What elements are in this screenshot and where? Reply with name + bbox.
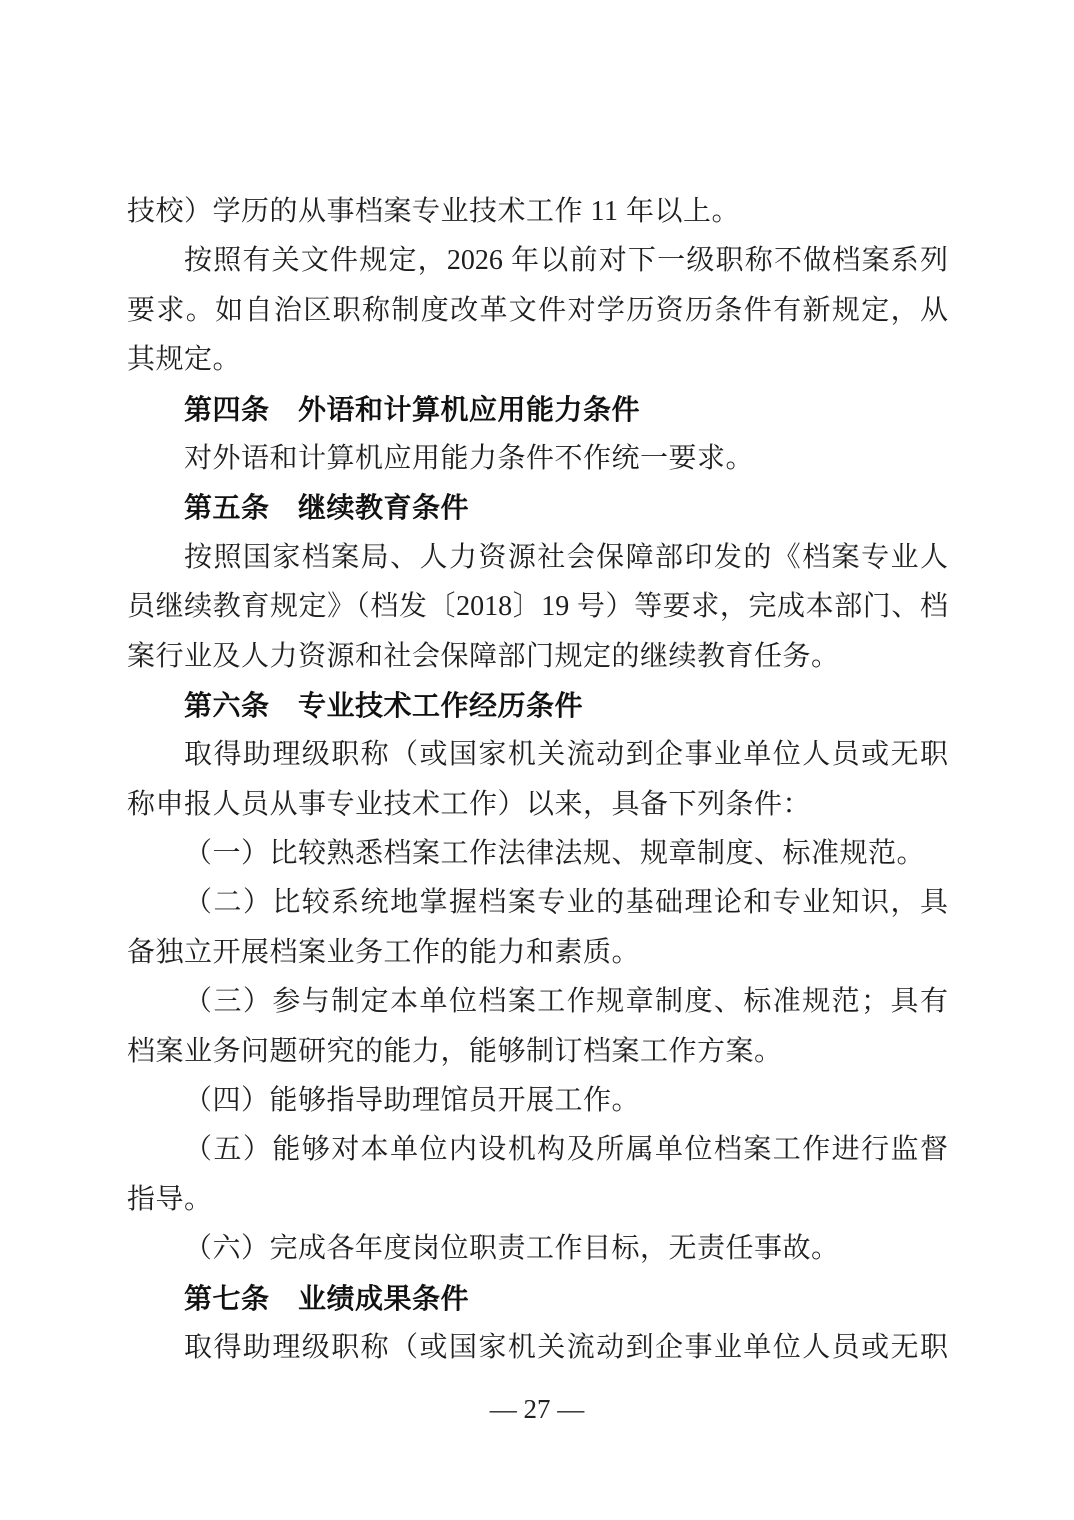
body-text-line: 案行业及人力资源和社会保障部门规定的继续教育任务。	[127, 632, 948, 681]
page-number: — 27 —	[0, 1392, 1074, 1426]
section-heading: 第六条 专业技术工作经历条件	[127, 681, 948, 730]
body-text-line: 技校）学历的从事档案专业技术工作 11 年以上。	[127, 187, 948, 236]
document-text-block: 技校）学历的从事档案专业技术工作 11 年以上。按照有关文件规定，2026 年以…	[127, 187, 948, 1372]
section-heading: 第五条 继续教育条件	[127, 483, 948, 532]
body-text-line: 备独立开展档案业务工作的能力和素质。	[127, 928, 948, 977]
body-text-line: 按照国家档案局、人力资源社会保障部印发的《档案专业人	[127, 533, 948, 582]
document-page: 技校）学历的从事档案专业技术工作 11 年以上。按照有关文件规定，2026 年以…	[0, 0, 1074, 1520]
body-text-line: 取得助理级职称（或国家机关流动到企事业单位人员或无职	[127, 730, 948, 779]
body-text-line: 要求。如自治区职称制度改革文件对学历资历条件有新规定，从	[127, 286, 948, 335]
section-heading: 第四条 外语和计算机应用能力条件	[127, 385, 948, 434]
body-text-line: （五）能够对本单位内设机构及所属单位档案工作进行监督	[127, 1125, 948, 1174]
body-text-line: （二）比较系统地掌握档案专业的基础理论和专业知识，具	[127, 878, 948, 927]
body-text-line: 取得助理级职称（或国家机关流动到企事业单位人员或无职	[127, 1323, 948, 1372]
body-text-line: （一）比较熟悉档案工作法律法规、规章制度、标准规范。	[127, 829, 948, 878]
body-text-line: 员继续教育规定》（档发〔2018〕19 号）等要求，完成本部门、档	[127, 582, 948, 631]
body-text-line: （四）能够指导助理馆员开展工作。	[127, 1076, 948, 1125]
body-text-line: 档案业务问题研究的能力，能够制订档案工作方案。	[127, 1027, 948, 1076]
body-text-line: 按照有关文件规定，2026 年以前对下一级职称不做档案系列	[127, 236, 948, 285]
body-text-line: 称申报人员从事专业技术工作）以来，具备下列条件：	[127, 780, 948, 829]
section-heading: 第七条 业绩成果条件	[127, 1274, 948, 1323]
body-text-line: 指导。	[127, 1175, 948, 1224]
body-text-line: （三）参与制定本单位档案工作规章制度、标准规范；具有	[127, 977, 948, 1026]
body-text-line: （六）完成各年度岗位职责工作目标，无责任事故。	[127, 1224, 948, 1273]
body-text-line: 其规定。	[127, 335, 948, 384]
body-text-line: 对外语和计算机应用能力条件不作统一要求。	[127, 434, 948, 483]
